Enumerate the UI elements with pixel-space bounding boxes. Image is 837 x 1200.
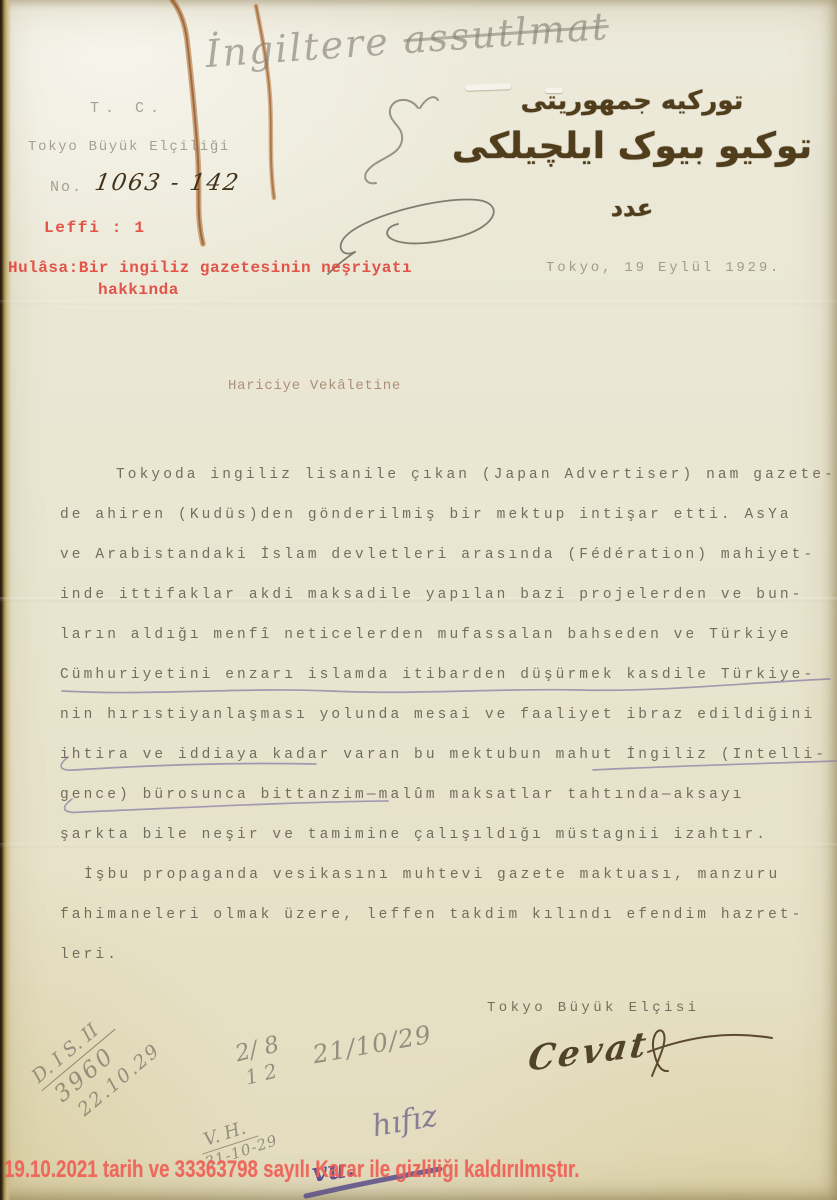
number-label: No. xyxy=(50,179,83,196)
ottoman-emblem-middle: توکیو بیوک ایلچیلکی xyxy=(452,126,812,167)
document-number-handwritten: 1063 - 142 xyxy=(93,170,242,196)
ottoman-emblem-top: تورکیه جمهوریتی xyxy=(521,86,744,116)
enclosure-line: Leffi : 1 xyxy=(44,219,146,237)
body-line: ihtira ve iddiaya kadar varan bu mektubu… xyxy=(60,735,837,775)
body-line: şarkta bile neşir ve tamimine çalışıldığ… xyxy=(60,815,837,855)
body-line: fahimaneleri olmak üzere, leffen takdim … xyxy=(60,895,837,935)
salutation: Hariciye Vekâletine xyxy=(228,378,401,394)
body-line: ve Arabistandaki İslam devletleri arasın… xyxy=(60,535,837,575)
embassy-office-line: Tokyo Büyük Elçiliği xyxy=(28,139,230,155)
body-line: Cümhuriyetini enzarı islamda itibarden d… xyxy=(60,655,837,695)
signature-title: Tokyo Büyük Elçisi xyxy=(487,1000,699,1016)
body-line: leri. xyxy=(60,935,837,975)
dateline: Tokyo, 19 Eylül 1929. xyxy=(546,260,781,276)
scanned-letter-page: İngiltere assutlmat T. C. Tokyo Büyük El… xyxy=(0,0,837,1200)
body-line: ların aldığı menfî neticelerden mufassal… xyxy=(60,615,837,655)
ottoman-emblem-aded: عدد xyxy=(611,194,654,222)
summary-line-1: Hulâsa:Bir ingiliz gazetesinin neşriyatı xyxy=(8,259,412,277)
pencil-squiggle xyxy=(365,97,438,183)
body-line: de ahiren (Kudüs)den gönderilmiş bir mek… xyxy=(60,495,837,535)
letter-body: Tokyoda ingiliz lisanile çıkan (Japan Ad… xyxy=(60,455,837,975)
body-line: inde ittifaklar akdi maksadile yapılan b… xyxy=(60,575,837,615)
summary-line-2: hakkında xyxy=(98,281,179,299)
body-line: İşbu propaganda vesikasını muhtevi gazet… xyxy=(60,855,837,895)
body-line: nin hırıstiyanlaşması yolunda mesai ve f… xyxy=(60,695,837,735)
signature-flourish xyxy=(648,1030,772,1076)
body-line: Tokyoda ingiliz lisanile çıkan (Japan Ad… xyxy=(60,455,837,495)
republic-abbreviation: T. C. xyxy=(90,100,165,117)
declassification-notice: 19.10.2021 tarih ve 33363798 sayılı Kara… xyxy=(4,1156,579,1184)
body-line: gence) bürosunca bittanzim—malûm maksatl… xyxy=(60,775,837,815)
